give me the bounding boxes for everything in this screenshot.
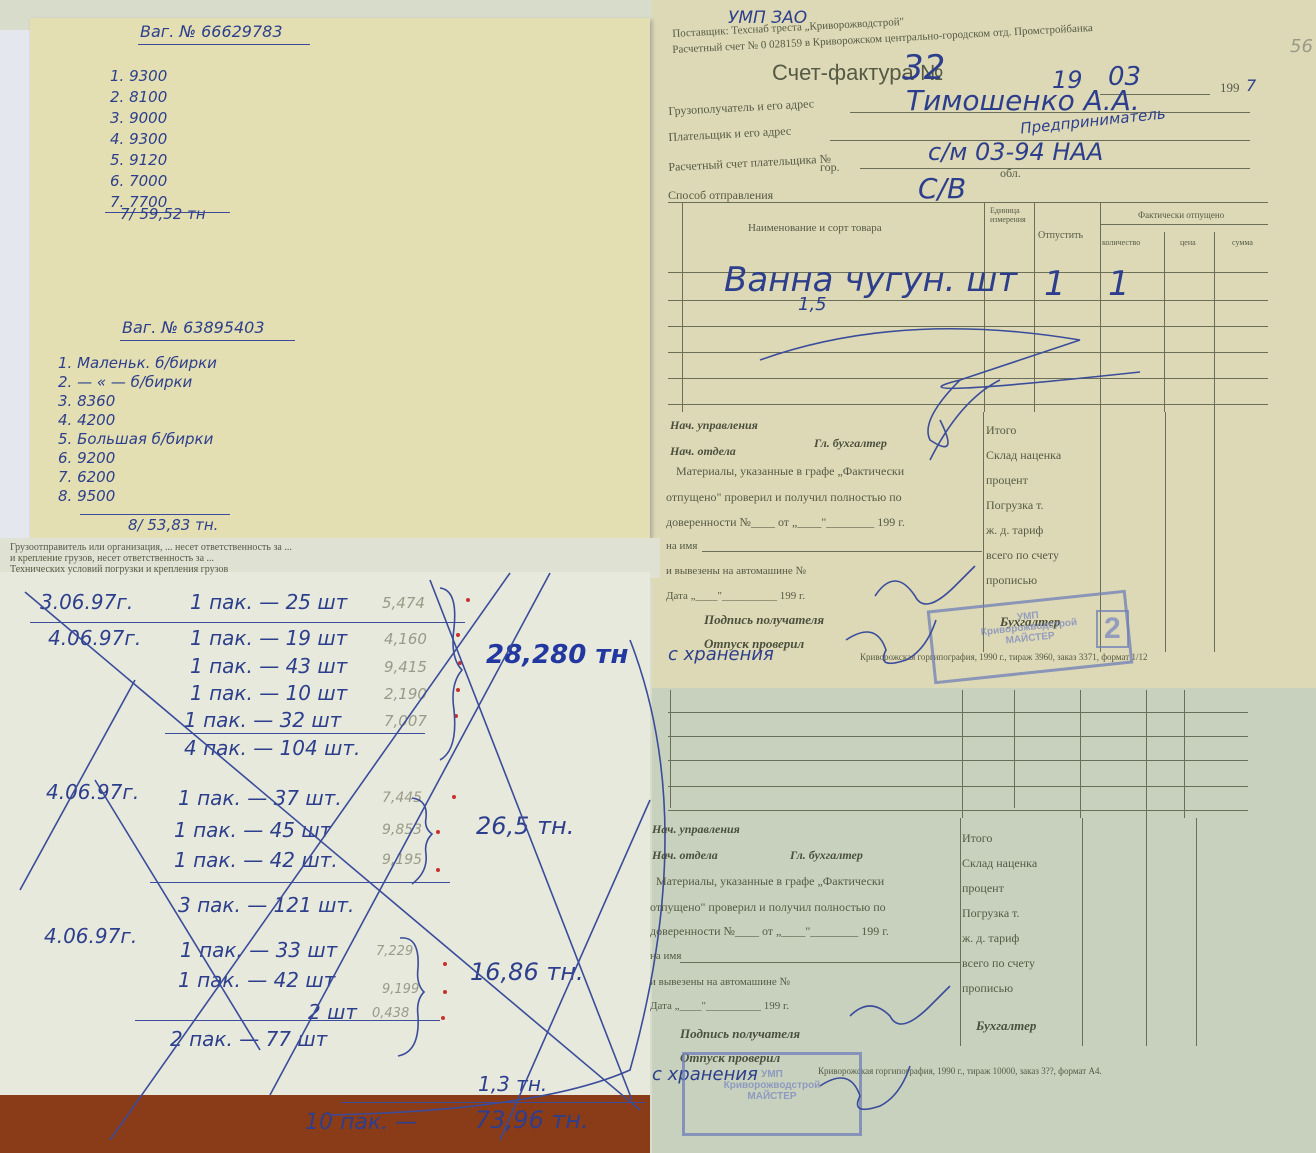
printed-line: Технических условий погрузки и крепления… bbox=[10, 564, 310, 575]
divider bbox=[165, 733, 425, 734]
ledger-date: 4.06.97г. bbox=[48, 626, 141, 650]
col-divider bbox=[1014, 690, 1015, 808]
field-line bbox=[680, 962, 960, 963]
row-divider bbox=[668, 810, 1248, 811]
ledger-bracket-total: 26,5 тн. bbox=[476, 812, 574, 840]
col-divider bbox=[1146, 690, 1147, 818]
ledger-subtotal: 3 пак. — 121 шт. bbox=[178, 893, 354, 917]
ledger-row-weight: 4,160 bbox=[384, 630, 427, 648]
printed-line: и крепление грузов, несет ответственност… bbox=[10, 553, 310, 564]
check-mark bbox=[443, 962, 447, 966]
row-divider bbox=[668, 404, 1268, 405]
totals-divider bbox=[1165, 412, 1166, 652]
col-divider bbox=[1184, 690, 1185, 818]
copy-head-dept: Нач. отдела bbox=[652, 848, 718, 863]
totals-label: всего по счету bbox=[986, 543, 1061, 568]
row-item-note: 1,5 bbox=[798, 294, 827, 315]
ledger-date: 4.06.97г. bbox=[44, 924, 137, 948]
copy-recipient-signature-label: Подпись получателя bbox=[680, 1026, 800, 1042]
printed-strip-text: Грузоотправитель или организация, ... не… bbox=[10, 542, 310, 575]
totals-label: Склад наценка bbox=[962, 851, 1037, 876]
materials-text-1: Материалы, указанные в графе „Фактически bbox=[676, 464, 904, 479]
list-item: 3. 8360 bbox=[58, 392, 217, 411]
city-label: гор. bbox=[820, 160, 840, 175]
header-sum: сумма bbox=[1232, 238, 1253, 247]
wagon-2-title: Ваг. № 63895403 bbox=[122, 318, 265, 337]
ledger-row-label: 1 пак. — 19 шт bbox=[190, 626, 347, 650]
row-item-qty: 1 bbox=[1108, 264, 1130, 304]
recipient-signature-label: Подпись получателя bbox=[704, 612, 824, 628]
list-item: 5. 9120 bbox=[110, 150, 167, 171]
divider bbox=[30, 622, 465, 623]
field-line bbox=[850, 112, 1250, 113]
head-dept: Нач. отдела bbox=[670, 444, 736, 459]
header-qty: количество bbox=[1102, 238, 1140, 247]
ledger-date: 3.06.97г. bbox=[40, 590, 133, 614]
row-divider bbox=[1100, 224, 1268, 225]
ledger-row-weight: 2,190 bbox=[384, 685, 427, 703]
col-divider bbox=[1034, 202, 1035, 412]
date-line: Дата „____"__________ 199 г. bbox=[666, 590, 805, 602]
check-mark bbox=[456, 633, 460, 637]
list-item: 6. 9200 bbox=[58, 449, 217, 468]
list-item: 2. — « — б/бирки bbox=[58, 373, 217, 392]
check-mark bbox=[456, 688, 460, 692]
divider bbox=[150, 882, 450, 883]
row-item-name: Ванна чугун. шт bbox=[724, 260, 1017, 300]
dispatch-label: Способ отправления bbox=[668, 188, 773, 203]
check-mark bbox=[441, 1016, 445, 1020]
check-mark bbox=[436, 868, 440, 872]
list-item: 4. 9300 bbox=[110, 129, 167, 150]
col-divider bbox=[962, 690, 963, 818]
header-unit: Единица измерения bbox=[990, 206, 1030, 224]
row-divider bbox=[668, 326, 1268, 327]
printed-line: Грузоотправитель или организация, ... не… bbox=[10, 542, 310, 553]
payer-account-value: с/м 03-94 НАА bbox=[928, 138, 1103, 166]
totals-label: прописью bbox=[986, 568, 1061, 593]
totals-label: Погрузка т. bbox=[962, 901, 1037, 926]
check-mark bbox=[454, 714, 458, 718]
copy-materials-text-2: отпущено" проверил и получил полностью п… bbox=[650, 900, 886, 915]
wagon-1-total: 7/ 59,52 тн bbox=[120, 205, 206, 223]
wagon-1-list: 1. 9300 2. 8100 3. 9000 4. 9300 5. 9120 … bbox=[110, 66, 167, 213]
ledger-row-weight: 9,415 bbox=[384, 658, 427, 676]
list-item: 7. 6200 bbox=[58, 468, 217, 487]
materials-text-2: отпущено" проверил и получил полностью п… bbox=[666, 490, 902, 505]
totals-divider bbox=[1214, 412, 1215, 652]
region-label: обл. bbox=[1000, 166, 1021, 181]
totals-label: всего по счету bbox=[962, 951, 1037, 976]
check-mark bbox=[452, 795, 456, 799]
totals-label: прописью bbox=[962, 976, 1037, 1001]
totals-label: ж. д. тариф bbox=[986, 518, 1061, 543]
copy-goods-table bbox=[668, 690, 1268, 818]
dispatch-value: С/В bbox=[918, 172, 966, 205]
field-line bbox=[702, 551, 982, 552]
ledger-grand-total-label: 10 пак. — bbox=[305, 1110, 417, 1135]
ledger-row-weight: 7,445 bbox=[382, 790, 422, 806]
list-item: 1. Маленьк. б/бирки bbox=[58, 354, 217, 373]
totals-label: ж. д. тариф bbox=[962, 926, 1037, 951]
copy-materials-text-1: Материалы, указанные в графе „Фактически bbox=[656, 874, 884, 889]
car-no: и вывезены на автомашине № bbox=[666, 565, 806, 577]
stamp-number: 2 bbox=[1096, 610, 1129, 648]
head-mgmt: Нач. управления bbox=[670, 418, 758, 433]
ledger-row-label: 1 пак. — 32 шт bbox=[184, 708, 341, 732]
ledger-row-weight: 9,853 bbox=[382, 822, 422, 838]
col-divider bbox=[682, 202, 683, 412]
totals-divider bbox=[1196, 818, 1197, 1046]
ledger-row-label: 1 пак. — 43 шт bbox=[190, 654, 347, 678]
col-divider bbox=[670, 690, 671, 808]
ledger-bracket-total: 16,86 тн. bbox=[470, 958, 584, 986]
row-divider bbox=[668, 352, 1268, 353]
row-item-release: 1 bbox=[1044, 264, 1066, 304]
row-divider bbox=[668, 378, 1268, 379]
list-item: 5. Большая б/бирки bbox=[58, 430, 217, 449]
row-divider bbox=[668, 712, 1248, 713]
ledger-grand-total-value: 73,96 тн. bbox=[475, 1106, 589, 1134]
field-line bbox=[860, 168, 1250, 169]
col-divider bbox=[1214, 232, 1215, 412]
underline bbox=[120, 340, 295, 341]
ledger-row-weight: 7,007 bbox=[384, 712, 427, 730]
ledger-date: 4.06.97г. bbox=[46, 780, 139, 804]
totals-divider bbox=[1146, 818, 1147, 1046]
on-name: на имя bbox=[666, 540, 697, 552]
totals-label: Склад наценка bbox=[986, 443, 1061, 468]
year-prefix: 199 bbox=[1220, 80, 1240, 96]
ledger-row-weight: 5,474 bbox=[382, 594, 425, 612]
list-item: 8. 9500 bbox=[58, 487, 217, 506]
check-mark bbox=[436, 830, 440, 834]
ledger-bracket-total: 28,280 тн bbox=[486, 640, 628, 670]
divider bbox=[135, 1020, 440, 1021]
ledger-subtotal: 2 пак. — 77 шт bbox=[170, 1027, 327, 1051]
ledger-row-label: 1 пак. — 42 шт. bbox=[174, 848, 338, 872]
check-mark bbox=[443, 990, 447, 994]
underline bbox=[138, 44, 310, 45]
row-divider bbox=[668, 300, 1268, 301]
stamp-line: УМП bbox=[685, 1069, 859, 1080]
totals-divider bbox=[960, 818, 961, 1046]
list-item: 2. 8100 bbox=[110, 87, 167, 108]
handwritten-storage: с хранения bbox=[668, 644, 774, 665]
copy-accountant-label: Бухгалтер bbox=[976, 1018, 1036, 1034]
wagon-2-total: 8/ 53,83 тн. bbox=[128, 516, 218, 534]
header-actual: Фактически отпущено bbox=[1138, 210, 1224, 220]
chief-accountant: Гл. бухгалтер bbox=[814, 436, 887, 451]
header-name: Наименование и сорт товара bbox=[748, 222, 882, 234]
ledger-row-weight: 0,438 bbox=[372, 1006, 409, 1021]
corner-mark: 56 bbox=[1290, 36, 1313, 57]
totals-label: процент bbox=[962, 876, 1037, 901]
year-suffix: 7 bbox=[1246, 76, 1256, 95]
list-item: 1. 9300 bbox=[110, 66, 167, 87]
copy-totals-labels: Итого Склад наценка процент Погрузка т. … bbox=[962, 826, 1037, 1001]
check-mark bbox=[458, 661, 462, 665]
row-divider bbox=[668, 760, 1248, 761]
power-of-attorney: доверенности №____ от „____"________ 199… bbox=[666, 515, 905, 530]
list-item: 6. 7000 bbox=[110, 171, 167, 192]
totals-label: Итого bbox=[986, 418, 1061, 443]
ledger-row-label: 1 пак. — 33 шт bbox=[180, 938, 337, 962]
copy-date-line: Дата „____"__________ 199 г. bbox=[650, 1000, 789, 1012]
copy-chief-accountant: Гл. бухгалтер bbox=[790, 848, 863, 863]
row-divider bbox=[668, 736, 1248, 737]
copy-power-of-attorney: доверенности №____ от „____"________ 199… bbox=[650, 924, 889, 939]
ledger-row-label: 1 пак. — 37 шт. bbox=[178, 786, 342, 810]
copy-head-mgmt: Нач. управления bbox=[652, 822, 740, 837]
ledger-row-weight: 9,199 bbox=[382, 982, 419, 997]
ledger-row-weight: 9,195 bbox=[382, 852, 422, 868]
copy-on-name: на имя bbox=[650, 950, 681, 962]
list-item: 3. 9000 bbox=[110, 108, 167, 129]
ledger-row-weight: 7,229 bbox=[376, 944, 413, 959]
sum-line bbox=[80, 514, 230, 515]
col-divider bbox=[1080, 690, 1081, 818]
invoice-number: 32 bbox=[902, 48, 945, 88]
list-item: 4. 4200 bbox=[58, 411, 217, 430]
col-divider bbox=[1100, 202, 1101, 412]
ledger-row-label: 1 пак. — 10 шт bbox=[190, 681, 347, 705]
wagon-1-title: Ваг. № 66629783 bbox=[140, 22, 283, 41]
col-divider bbox=[984, 202, 985, 412]
totals-labels: Итого Склад наценка процент Погрузка т. … bbox=[986, 418, 1061, 593]
ledger-row-label: 1 пак. — 42 шт bbox=[178, 968, 335, 992]
row-divider bbox=[668, 786, 1248, 787]
wagon-2-list: 1. Маленьк. б/бирки 2. — « — б/бирки 3. … bbox=[58, 354, 217, 506]
stamp-line: Криворожводстрой bbox=[685, 1080, 859, 1091]
header-price: цена bbox=[1180, 238, 1196, 247]
header-release: Отпустить bbox=[1038, 230, 1083, 241]
totals-label: Итого bbox=[962, 826, 1037, 851]
col-divider bbox=[1164, 232, 1165, 412]
ledger-row-label: 1 пак. — 45 шт bbox=[174, 818, 331, 842]
totals-label: Погрузка т. bbox=[986, 493, 1061, 518]
ledger-row-label: 1 пак. — 25 шт bbox=[190, 590, 347, 614]
ledger-subtotal: 4 пак. — 104 шт. bbox=[184, 736, 360, 760]
copy-car-no: и вывезены на автомашине № bbox=[650, 976, 790, 988]
copy-stamp: УМП Криворожводстрой МАЙСТЕР bbox=[682, 1052, 862, 1136]
goods-table: Наименование и сорт товара Единица измер… bbox=[668, 202, 1268, 412]
total-line bbox=[340, 1102, 645, 1103]
totals-divider bbox=[1082, 818, 1083, 1046]
totals-label: процент bbox=[986, 468, 1061, 493]
check-mark bbox=[466, 598, 470, 602]
ledger-extra: 1,3 тн. bbox=[478, 1072, 547, 1096]
stamp-line: МАЙСТЕР bbox=[685, 1091, 859, 1102]
